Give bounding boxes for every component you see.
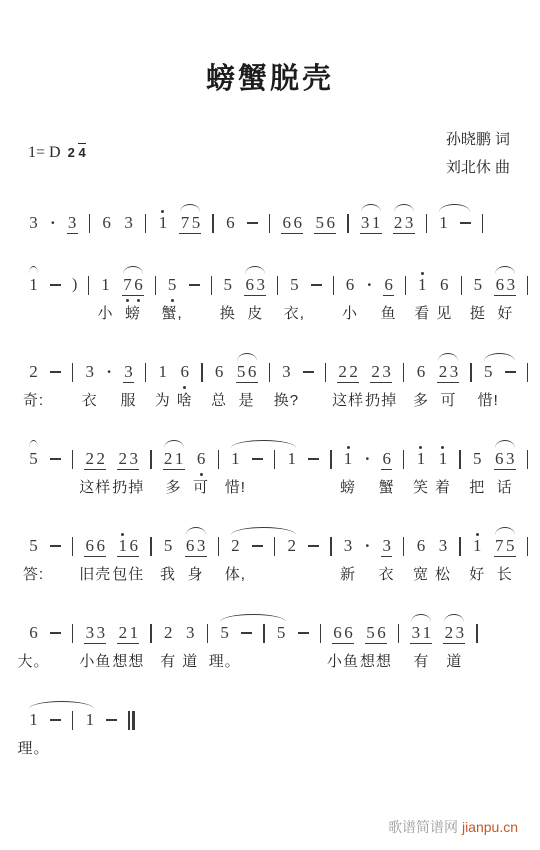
note-group: 66 xyxy=(281,213,303,234)
note-column: 63皮 xyxy=(244,275,266,296)
note: 2 xyxy=(286,536,297,556)
score-lines: 3·36317566656312311)1小76螃5蟹,5换63皮5衣,6小·6… xyxy=(28,213,528,797)
tie-slur: 5 xyxy=(28,449,39,469)
lyric: 把 xyxy=(469,476,485,497)
note: 3 xyxy=(381,536,392,557)
note: 6 xyxy=(332,623,343,643)
barline xyxy=(347,214,348,233)
dash-extension xyxy=(252,545,263,547)
note-column: 1 xyxy=(157,213,168,233)
note: 1 xyxy=(28,275,39,295)
barline xyxy=(459,450,460,469)
lyric: 多 xyxy=(166,476,182,497)
barline xyxy=(72,711,73,730)
note-column: 1为 xyxy=(157,362,168,382)
note: 6 xyxy=(383,275,394,296)
note-group: 22 xyxy=(84,449,106,470)
lyric: 螃 xyxy=(340,476,356,497)
barline xyxy=(461,276,462,295)
lyric: 小鱼 xyxy=(327,650,359,671)
note: 3 xyxy=(196,536,207,556)
note-column: 1 xyxy=(438,213,449,233)
note: 5 xyxy=(314,213,325,233)
note: 5 xyxy=(505,536,516,556)
barline xyxy=(72,624,73,643)
tie-slur: 5惜! xyxy=(483,362,516,382)
lyric: 见 xyxy=(436,302,452,323)
note: 2 xyxy=(230,536,241,556)
lyric: 好 xyxy=(469,563,485,584)
lyric: 这样 xyxy=(79,476,111,497)
note: 5 xyxy=(472,275,483,295)
lyric: 好 xyxy=(497,302,513,323)
lyric: 大。 xyxy=(17,650,49,671)
lyric: 奇: xyxy=(23,389,44,410)
lyric: 包住 xyxy=(112,563,144,584)
note: 7 xyxy=(179,213,190,233)
note-column: 1好 xyxy=(472,536,483,556)
barline xyxy=(263,624,264,643)
note-column: 23 xyxy=(393,213,415,234)
lyric: 宽 xyxy=(413,563,429,584)
note-column: 1惜! xyxy=(230,449,241,469)
lyric: 答: xyxy=(23,563,44,584)
lyric: 服 xyxy=(120,389,136,410)
note-group: 21 xyxy=(163,449,185,470)
note-column: 5挺 xyxy=(472,275,483,295)
note-column: 5理。 xyxy=(219,623,230,643)
note-column xyxy=(50,362,61,373)
dash-extension xyxy=(308,458,319,460)
note: 6 xyxy=(344,275,355,295)
lyric: 小 xyxy=(97,302,113,323)
note: 3 xyxy=(410,623,421,643)
note-column xyxy=(308,536,319,547)
note-column: 6啥 xyxy=(179,362,190,382)
lyric: 道 xyxy=(182,650,198,671)
lyric: 蟹 xyxy=(379,476,395,497)
barline xyxy=(218,450,219,469)
note: 6 xyxy=(185,536,196,556)
note-column: 1笑 xyxy=(415,449,426,469)
augmentation-dot: · xyxy=(366,275,372,295)
note-column: · xyxy=(106,362,112,382)
lyric: 螃 xyxy=(125,302,141,323)
note-group: 63 xyxy=(494,275,516,296)
note-column: 23扔掉 xyxy=(370,362,392,383)
credits: 孙晓鹏 词 刘北休 曲 xyxy=(446,126,510,182)
lyric: 蟹, xyxy=(161,302,182,323)
barline xyxy=(333,276,334,295)
note-group: 23 xyxy=(437,362,459,383)
note-column: 3服 xyxy=(123,362,134,383)
note: 3 xyxy=(343,536,354,556)
note: 5 xyxy=(219,623,230,643)
note: 3 xyxy=(255,275,266,295)
note-column: 6大。 xyxy=(28,623,39,643)
lyric: 衣 xyxy=(379,563,395,584)
dash-extension xyxy=(505,371,516,373)
lyric: 换? xyxy=(274,389,299,410)
lyric: 有 xyxy=(413,650,429,671)
tonality-label: 1= D xyxy=(28,144,61,162)
note-column: 33小鱼 xyxy=(84,623,106,644)
note: 6 xyxy=(343,623,354,643)
note: 6 xyxy=(196,449,207,469)
note-column: 76螃 xyxy=(122,275,144,296)
note-group: 23 xyxy=(393,213,415,234)
lyric: 新 xyxy=(340,563,356,584)
barline xyxy=(403,537,404,556)
note: 5 xyxy=(190,213,201,233)
note-group: 63 xyxy=(244,275,266,296)
note-column: 63话 xyxy=(494,449,516,470)
note-column: 1理。 xyxy=(28,710,39,730)
note: 3 xyxy=(128,449,139,469)
note: 1 xyxy=(472,536,483,556)
tie-slur: 1惜!1 xyxy=(230,449,297,469)
note-column: 23道 xyxy=(443,623,465,644)
note-column: 75长 xyxy=(494,536,516,557)
barline xyxy=(211,276,212,295)
augmentation-dot: · xyxy=(50,213,56,233)
note-column: 5我 xyxy=(163,536,174,556)
note-column xyxy=(106,710,117,721)
note: 1 xyxy=(417,275,428,295)
note-column: 21多 xyxy=(163,449,185,470)
lyric: 有 xyxy=(160,650,176,671)
score-line: 1理。1 xyxy=(28,710,528,797)
note: 6 xyxy=(101,213,112,233)
barline xyxy=(72,537,73,556)
note: 1 xyxy=(128,623,139,643)
note: 6 xyxy=(133,275,144,295)
lyric: 是 xyxy=(239,389,255,410)
note: 2 xyxy=(117,449,128,469)
final-barline-thin xyxy=(128,711,129,730)
note-column: 31有 xyxy=(410,623,432,644)
barline xyxy=(274,450,275,469)
barline xyxy=(212,214,213,233)
lyric: 松 xyxy=(435,563,451,584)
note-column: 6总 xyxy=(214,362,225,382)
score-line: 2奇:3衣·3服1为6啥6总56是3换?22这样23扔掉6多23可5惜! xyxy=(28,362,528,449)
barline xyxy=(476,624,477,643)
note-column: 3道 xyxy=(185,623,196,643)
lyric: 话 xyxy=(497,476,513,497)
time-signature-numerator: 2 xyxy=(68,145,75,160)
note-column: 21想想 xyxy=(117,623,139,644)
watermark: 歌谱简谱网 jianpu.cn xyxy=(388,817,518,837)
dash-extension xyxy=(50,632,61,634)
key-signature: 1= D 2 4 xyxy=(28,144,86,162)
note-column: 56想想 xyxy=(365,623,387,644)
note-column xyxy=(303,362,314,373)
lyric: 鱼 xyxy=(381,302,397,323)
barline xyxy=(330,450,331,469)
note: 2 xyxy=(163,449,174,469)
lyric: 笑 xyxy=(413,476,429,497)
dash-extension xyxy=(50,284,61,286)
note-column: 3衣 xyxy=(84,362,95,382)
note-column xyxy=(308,449,319,460)
dash-extension xyxy=(50,458,61,460)
note: 6 xyxy=(376,623,387,643)
note-column: · xyxy=(365,449,371,469)
note: 2 xyxy=(117,623,128,643)
note-column: 2 xyxy=(286,536,297,556)
note-column: 3 xyxy=(67,213,78,234)
note-group: 76 xyxy=(122,275,144,296)
lyric: 可 xyxy=(440,389,456,410)
note: 2 xyxy=(348,362,359,382)
note-column: 5答: xyxy=(28,536,39,556)
note: 3 xyxy=(454,623,465,643)
note: 1 xyxy=(117,536,128,556)
augmentation-dot: · xyxy=(365,449,371,469)
note-column: 3 xyxy=(123,213,134,233)
time-signature: 2 4 xyxy=(68,146,86,160)
barline xyxy=(89,214,90,233)
time-signature-denominator: 4 xyxy=(78,143,85,160)
lyric: 理。 xyxy=(17,737,49,758)
lyric: 为 xyxy=(155,389,171,410)
note: 2 xyxy=(437,362,448,382)
watermark-site-name: 歌谱简谱网 xyxy=(388,819,462,835)
note-column: 6小 xyxy=(344,275,355,295)
note-group: 31 xyxy=(410,623,432,644)
lyric: 小 xyxy=(342,302,358,323)
barline xyxy=(482,214,483,233)
note: 6 xyxy=(415,536,426,556)
dash-extension xyxy=(298,632,309,634)
note-group: 23 xyxy=(117,449,139,470)
note-column: ) xyxy=(72,275,77,295)
note: 3 xyxy=(67,213,78,234)
dash-extension xyxy=(311,284,322,286)
note-column: 1看 xyxy=(417,275,428,295)
note: 2 xyxy=(370,362,381,382)
note: 5 xyxy=(28,536,39,556)
tie-slur: 2体,2 xyxy=(230,536,297,556)
final-barline xyxy=(128,711,135,730)
note-column: 6鱼 xyxy=(383,275,394,296)
note-column: 5 xyxy=(28,449,39,469)
barline xyxy=(426,214,427,233)
lyric: 理。 xyxy=(209,650,241,671)
tie-slur: 1理。1 xyxy=(28,710,95,730)
barline xyxy=(72,450,73,469)
note: 3 xyxy=(281,362,292,382)
note-group: 56 xyxy=(236,362,258,383)
score: 3·36317566656312311)1小76螃5蟹,5换63皮5衣,6小·6… xyxy=(28,213,528,797)
note: 6 xyxy=(292,213,303,233)
note-column: 1 xyxy=(28,275,39,295)
tie-slur: 1 xyxy=(438,213,471,233)
note: 6 xyxy=(179,362,190,382)
note-column xyxy=(252,449,263,469)
lyric: 我 xyxy=(160,563,176,584)
barline xyxy=(207,624,208,643)
note-column xyxy=(189,275,200,286)
barline xyxy=(150,624,151,643)
note-column xyxy=(50,275,61,286)
note-group: 31 xyxy=(360,213,382,234)
note-group: 33 xyxy=(84,623,106,644)
dash-extension xyxy=(50,545,61,547)
note: 3 xyxy=(185,623,196,643)
barline xyxy=(459,537,460,556)
lyric: 多 xyxy=(413,389,429,410)
barline xyxy=(72,363,73,382)
note-column: 3 xyxy=(28,213,39,233)
note-column: 6蟹 xyxy=(381,449,392,470)
lyric: 想想 xyxy=(360,650,392,671)
note-column: 6 xyxy=(225,213,236,233)
barline xyxy=(274,537,275,556)
note-column xyxy=(50,536,61,547)
note-group: 56 xyxy=(365,623,387,644)
note-column: 56 xyxy=(314,213,336,234)
note: 5 xyxy=(276,623,287,643)
note-column: · xyxy=(366,275,372,295)
barline xyxy=(403,363,404,382)
note-column: 5 xyxy=(276,623,287,643)
dash-extension xyxy=(189,284,200,286)
barline xyxy=(527,450,528,469)
note-group: 22 xyxy=(337,362,359,383)
note: 1 xyxy=(100,275,111,295)
note-column: 3衣 xyxy=(381,536,392,557)
note: 2 xyxy=(393,213,404,233)
note-column: 22这样 xyxy=(84,449,106,470)
note-column: 2体, xyxy=(230,536,241,556)
note: 1 xyxy=(157,213,168,233)
barline xyxy=(145,214,146,233)
note: 1 xyxy=(157,362,168,382)
note-column: 16包住 xyxy=(117,536,139,557)
note-column: 63好 xyxy=(494,275,516,296)
note: 6 xyxy=(381,449,392,470)
note: 2 xyxy=(28,362,39,382)
final-barline-thick xyxy=(132,711,136,730)
dash-extension xyxy=(460,222,471,224)
note: 1 xyxy=(343,449,354,469)
note: 1 xyxy=(371,213,382,233)
lyric: 这样 xyxy=(332,389,364,410)
note: 6 xyxy=(244,275,255,295)
lyric: 身 xyxy=(188,563,204,584)
barline xyxy=(527,363,528,382)
note: 1 xyxy=(415,449,426,469)
note-column: 63身 xyxy=(185,536,207,557)
barline xyxy=(527,537,528,556)
note-column: 1小 xyxy=(100,275,111,295)
score-line: 5答:66旧壳16包住5我63身2体,23新·3衣6宽3松1好75长 xyxy=(28,536,528,623)
dash-extension xyxy=(303,371,314,373)
note-column: 1着 xyxy=(437,449,448,469)
note-column: 1 xyxy=(286,449,297,469)
note-column xyxy=(247,213,258,224)
dash-extension xyxy=(252,458,263,460)
note-column: 66旧壳 xyxy=(84,536,106,557)
barline xyxy=(403,450,404,469)
note-group: 63 xyxy=(494,449,516,470)
note: 6 xyxy=(247,362,258,382)
note-column: 5惜! xyxy=(483,362,494,382)
lyric: 着 xyxy=(435,476,451,497)
song-title: 螃蟹脱壳 xyxy=(0,56,540,97)
score-line: 522这样23扔掉21多6可1惜!11螃·6蟹1笑1着5把63话 xyxy=(28,449,528,536)
lyric: 惜! xyxy=(225,476,246,497)
note-column: 3松 xyxy=(437,536,448,556)
barline xyxy=(320,624,321,643)
note-column: 31 xyxy=(360,213,382,234)
barline xyxy=(470,363,471,382)
note: 1 xyxy=(230,449,241,469)
note: 3 xyxy=(84,623,95,643)
note-group: 66 xyxy=(84,536,106,557)
note-column: 6宽 xyxy=(415,536,426,556)
note: 5 xyxy=(289,275,300,295)
augmentation-dot: · xyxy=(106,362,112,382)
note-column: 56是 xyxy=(236,362,258,383)
note: 1 xyxy=(421,623,432,643)
note: 6 xyxy=(214,362,225,382)
note: 6 xyxy=(325,213,336,233)
lyric: 看 xyxy=(414,302,430,323)
note: 2 xyxy=(95,449,106,469)
composer-credit: 刘北休 曲 xyxy=(446,154,510,182)
note: 2 xyxy=(337,362,348,382)
lyric: 总 xyxy=(211,389,227,410)
note-column xyxy=(241,623,252,643)
note-column: 6多 xyxy=(415,362,426,382)
note: 7 xyxy=(122,275,133,295)
close-paren: ) xyxy=(72,275,77,295)
note: 5 xyxy=(483,362,494,382)
note-column xyxy=(50,449,61,460)
note-group: 75 xyxy=(494,536,516,557)
dash-extension xyxy=(241,632,252,634)
lyric: 道 xyxy=(446,650,462,671)
note-column: 2奇: xyxy=(28,362,39,382)
note: 1 xyxy=(286,449,297,469)
barline xyxy=(277,276,278,295)
note: 1 xyxy=(438,213,449,233)
note: 3 xyxy=(360,213,371,233)
lyric: 体, xyxy=(225,563,246,584)
note-column: 6 xyxy=(101,213,112,233)
lyric: 衣, xyxy=(284,302,305,323)
note-column xyxy=(460,213,471,233)
note-group: 56 xyxy=(314,213,336,234)
note-column xyxy=(50,623,61,634)
note: 3 xyxy=(381,362,392,382)
barline xyxy=(527,276,528,295)
lyricist-credit: 孙晓鹏 词 xyxy=(446,126,510,154)
note: 7 xyxy=(494,536,505,556)
note: 1 xyxy=(437,449,448,469)
note-group: 63 xyxy=(185,536,207,557)
note-column: 22这样 xyxy=(337,362,359,383)
note: 3 xyxy=(84,362,95,382)
note-column xyxy=(50,710,61,730)
note-group: 66 xyxy=(332,623,354,644)
lyric: 长 xyxy=(497,563,513,584)
note-column: 23扔掉 xyxy=(117,449,139,470)
note: 1 xyxy=(174,449,185,469)
